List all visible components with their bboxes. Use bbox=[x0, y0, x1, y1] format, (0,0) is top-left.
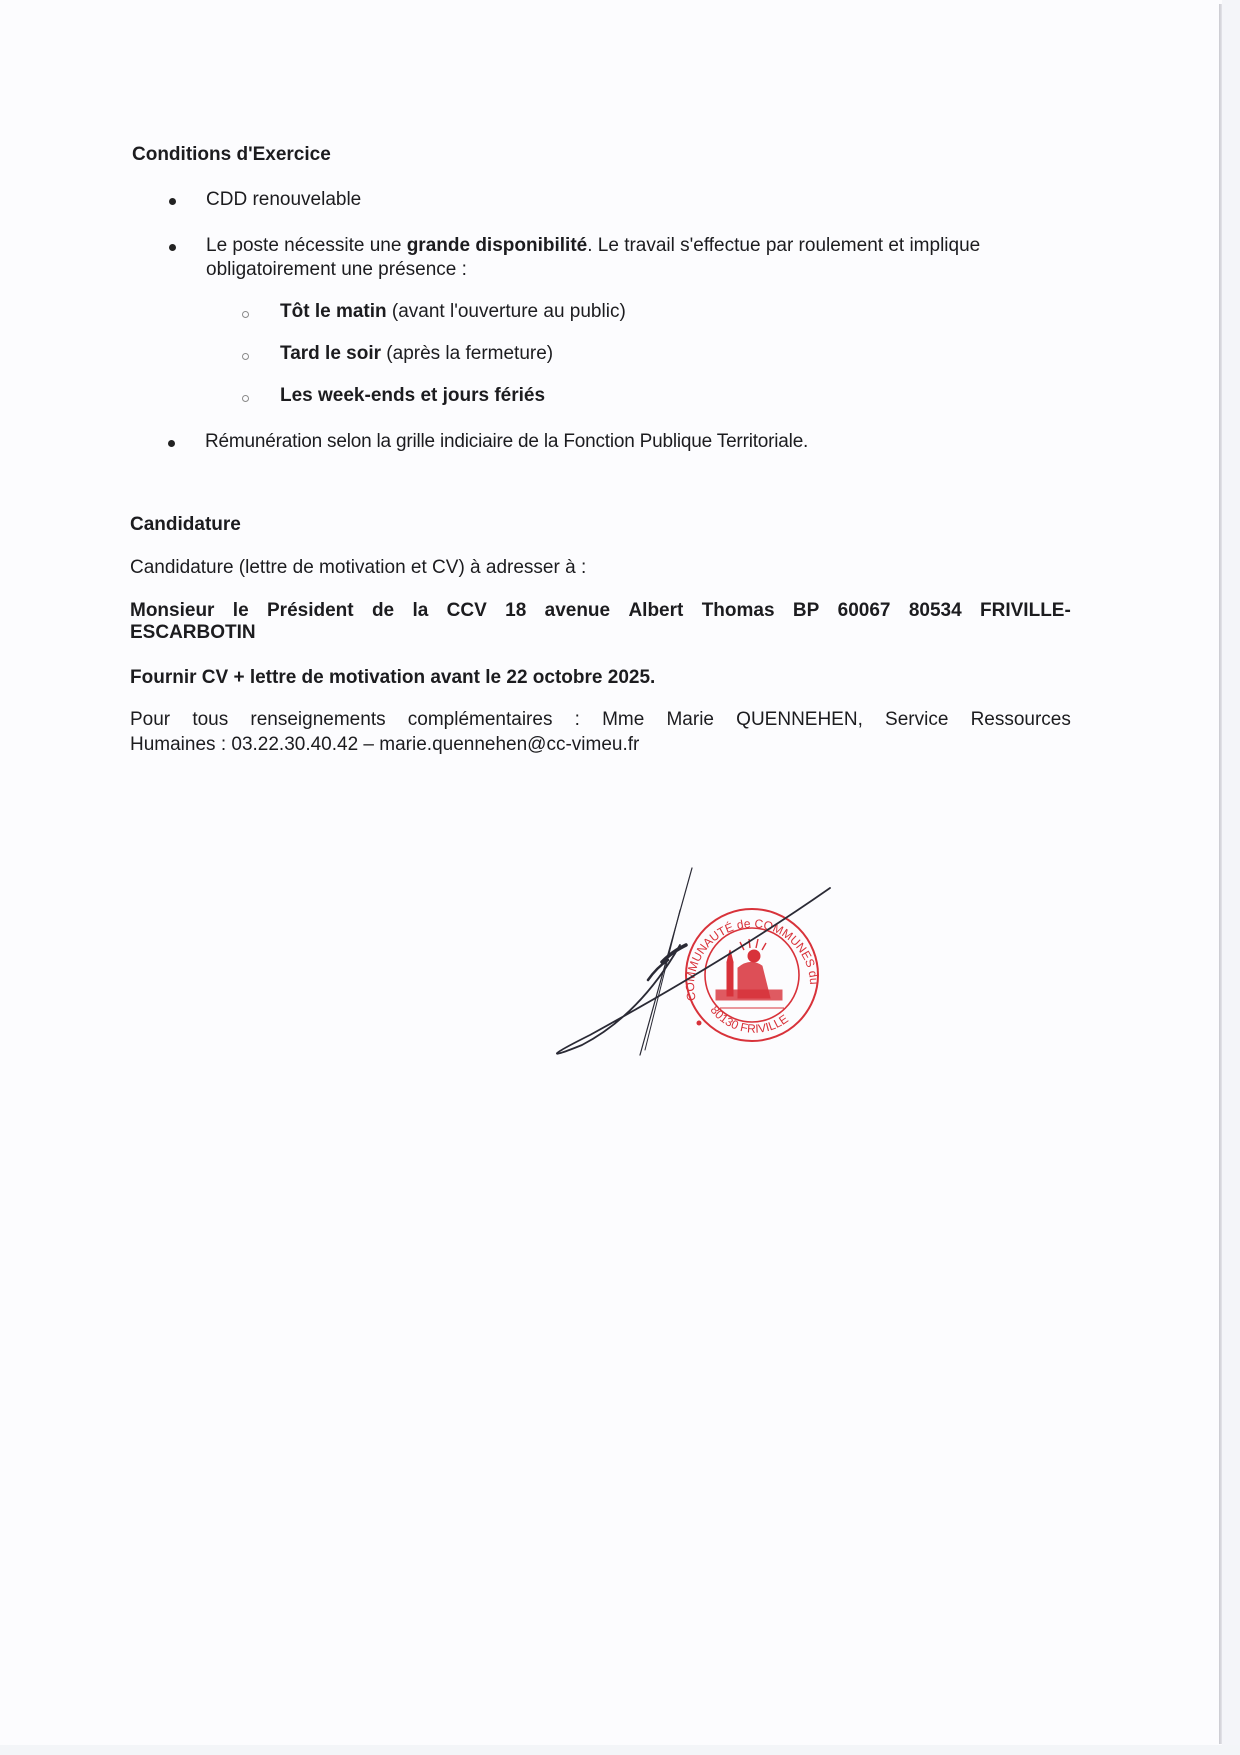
contact-line-1: Pourtousrenseignementscomplémentaires:Mm… bbox=[130, 709, 1071, 731]
address-word: 18 bbox=[505, 600, 526, 622]
section-heading-candidature: Candidature bbox=[130, 514, 241, 536]
list-item-cdd: CDD renouvelable bbox=[206, 189, 361, 211]
circle-bullet-icon bbox=[242, 311, 249, 318]
list-item-remuneration: Rémunération selon la grille indiciaire … bbox=[205, 431, 808, 453]
address-word: 60067 bbox=[838, 600, 891, 622]
circle-bullet-icon bbox=[242, 353, 249, 360]
address-line-2: ESCARBOTIN bbox=[130, 622, 256, 644]
address-word: Monsieur bbox=[130, 600, 214, 622]
contact-word: tous bbox=[192, 709, 228, 731]
bullet-icon bbox=[169, 198, 176, 205]
disponibilite-prefix: Le poste nécessite une bbox=[206, 235, 407, 256]
disponibilite-bold: grande disponibilité bbox=[407, 235, 588, 256]
address-line-1: MonsieurlePrésidentdelaCCV18avenueAlbert… bbox=[130, 600, 1071, 622]
contact-word: renseignements bbox=[250, 709, 385, 731]
bullet-icon bbox=[168, 440, 175, 447]
list-item-disponibilite: Le poste nécessite une grande disponibil… bbox=[206, 235, 1072, 257]
candidature-intro: Candidature (lettre de motivation et CV)… bbox=[130, 557, 586, 579]
document-page: Conditions d'Exercice CDD renouvelable L… bbox=[0, 0, 1240, 1755]
address-word: le bbox=[233, 600, 249, 622]
list-item-disponibilite-line2: obligatoirement une présence : bbox=[206, 259, 467, 281]
address-word: CCV bbox=[447, 600, 487, 622]
contact-word: QUENNEHEN, bbox=[736, 709, 863, 731]
address-word: Thomas bbox=[702, 600, 775, 622]
page-edge-line bbox=[1219, 4, 1222, 1744]
contact-word: complémentaires bbox=[408, 709, 553, 731]
official-stamp: COMMUNAUTÉ de COMMUNES du VIMEU 80130 FR… bbox=[530, 850, 821, 1041]
contact-word: Marie bbox=[666, 709, 714, 731]
address-word: BP bbox=[793, 600, 819, 622]
signature-and-stamp: COMMUNAUTÉ de COMMUNES du VIMEU 80130 FR… bbox=[530, 850, 860, 1080]
deadline-text: Fournir CV + lettre de motivation avant … bbox=[130, 667, 655, 689]
disponibilite-suffix: . Le travail s'effectue par roulement et… bbox=[587, 235, 980, 256]
stamp-emblem-icon bbox=[716, 939, 784, 1008]
contact-word: Mme bbox=[602, 709, 644, 731]
circle-bullet-icon bbox=[242, 395, 249, 402]
page-edge bbox=[1222, 0, 1240, 1755]
contact-word: Pour bbox=[130, 709, 170, 731]
bullet-icon bbox=[169, 244, 176, 251]
address-word: FRIVILLE- bbox=[980, 600, 1071, 622]
subitem-matin: Tôt le matin (avant l'ouverture au publi… bbox=[280, 301, 626, 323]
address-word: Président bbox=[267, 600, 354, 622]
address-word: Albert bbox=[628, 600, 683, 622]
subitem-weekends: Les week-ends et jours fériés bbox=[280, 385, 545, 407]
contact-word: Service bbox=[885, 709, 948, 731]
contact-word: : bbox=[575, 709, 580, 731]
contact-word: Ressources bbox=[971, 709, 1071, 731]
section-heading-conditions: Conditions d'Exercice bbox=[132, 144, 331, 166]
address-word: la bbox=[412, 600, 428, 622]
contact-line-2: Humaines : 03.22.30.40.42 – marie.quenne… bbox=[130, 734, 639, 756]
address-word: de bbox=[372, 600, 394, 622]
subitem-soir: Tard le soir (après la fermeture) bbox=[280, 343, 553, 365]
address-word: avenue bbox=[545, 600, 610, 622]
page-bottom-edge bbox=[0, 1745, 1240, 1755]
address-word: 80534 bbox=[909, 600, 962, 622]
